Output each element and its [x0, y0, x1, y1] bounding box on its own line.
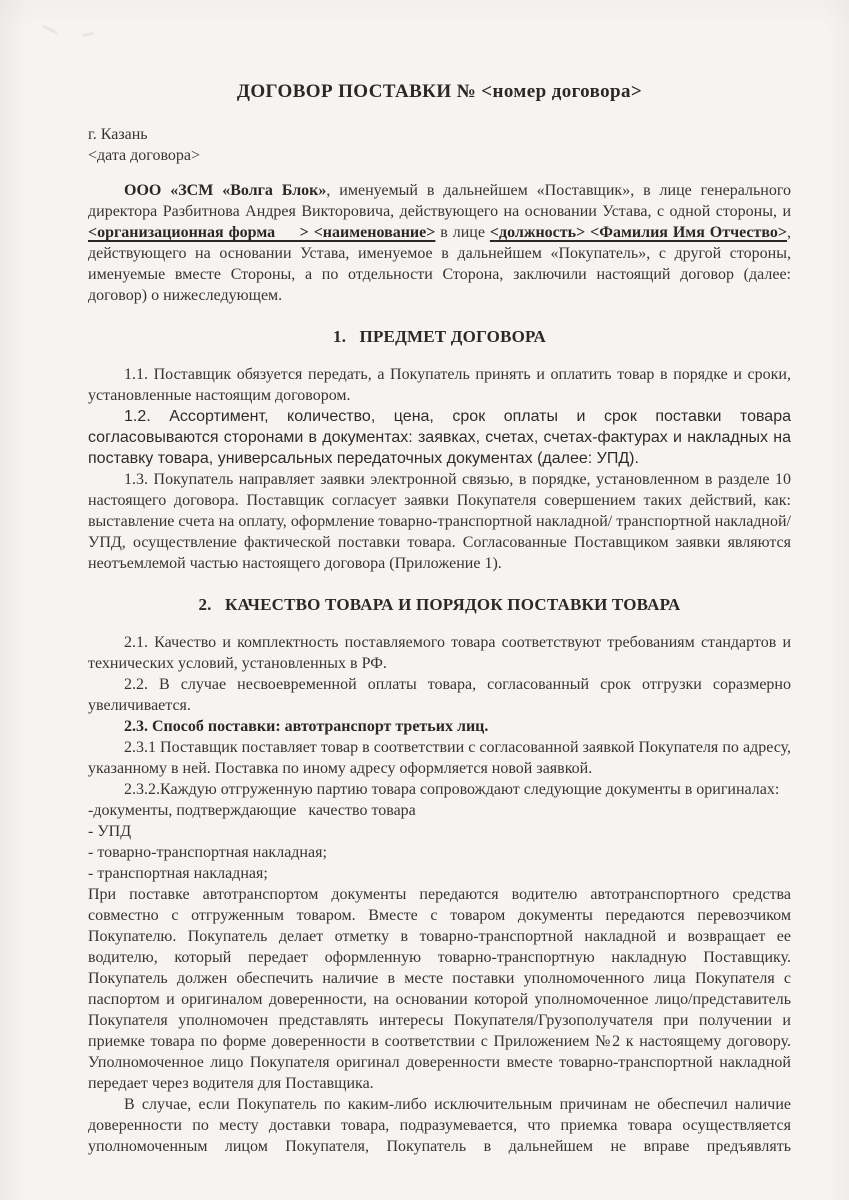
position-name-placeholder: <должность> <Фамилия Имя Отчество> — [490, 224, 787, 241]
clause-2-3-2: 2.3.2.Каждую отгруженную партию товара с… — [88, 779, 791, 800]
document-list-item: -документы, подтверждающие качество това… — [88, 800, 791, 821]
clause-1-1: 1.1. Поставщик обязуется передать, а Пок… — [88, 364, 791, 406]
section-1-heading: 1. ПРЕДМЕТ ДОГОВОРА — [88, 326, 791, 347]
org-form-placeholder: <организационная форма > <наименование> — [88, 224, 435, 241]
clause-2-3: 2.3. Способ поставки: автотранспорт трет… — [88, 716, 791, 737]
document-list-item: - товарно-транспортная накладная; — [88, 842, 791, 863]
city-line: г. Казань — [88, 124, 791, 145]
document-list-item: - УПД — [88, 821, 791, 842]
clause-2-1: 2.1. Качество и комплектность поставляем… — [88, 632, 791, 674]
clause-1-3: 1.3. Покупатель направляет заявки электр… — [88, 469, 791, 574]
clause-1-2: 1.2. Ассортимент, количество, цена, срок… — [88, 406, 791, 469]
supplier-name: ООО «ЗСМ «Волга Блок» — [124, 182, 326, 199]
contract-page: ДОГОВОР ПОСТАВКИ № <номер договора> г. К… — [0, 0, 849, 1200]
date-placeholder-line: <дата договора> — [88, 145, 791, 166]
spacer — [88, 166, 791, 180]
section-2-heading: 2. КАЧЕСТВО ТОВАРА И ПОРЯДОК ПОСТАВКИ ТО… — [88, 594, 791, 615]
clause-2-2: 2.2. В случае несвоевременной оплаты тов… — [88, 674, 791, 716]
preamble-text: в лице — [435, 224, 490, 241]
document-list-item: - транспортная накладная; — [88, 863, 791, 884]
clause-2-3-1: 2.3.1 Поставщик поставляет товар в соотв… — [88, 737, 791, 779]
delivery-procedure-paragraph: При поставке автотранспортом документы п… — [88, 884, 791, 1094]
preamble-paragraph: ООО «ЗСМ «Волга Блок», именуемый в дальн… — [88, 180, 791, 306]
clause-2-3-bold-text: 2.3. Способ поставки: автотранспорт трет… — [124, 718, 488, 735]
no-poa-paragraph: В случае, если Покупатель по каким-либо … — [88, 1094, 791, 1157]
contract-title: ДОГОВОР ПОСТАВКИ № <номер договора> — [88, 80, 791, 104]
